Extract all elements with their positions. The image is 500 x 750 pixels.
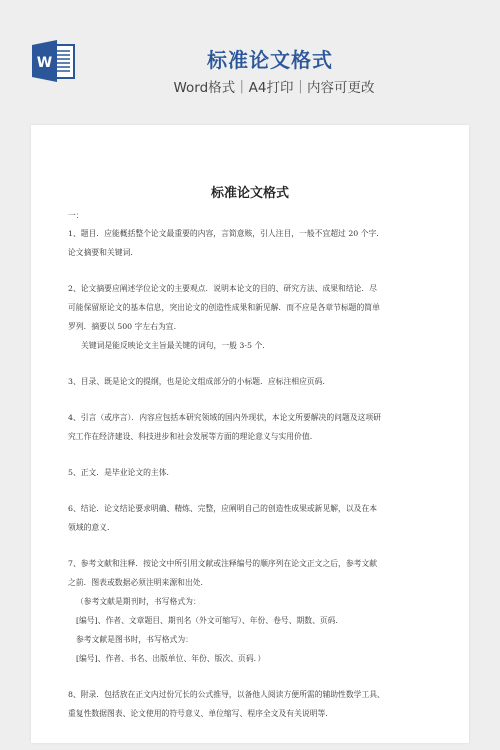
document-title: 标准论文格式 <box>31 182 469 201</box>
paragraph-7-line-5: 参考文献是图书时，书写格式为： <box>68 630 438 649</box>
paragraph-5-line-1: 5、正文．是毕业论文的主体． <box>68 463 438 482</box>
paragraph-8-line-1: 8、附录．包括放在正文内过份冗长的公式推导，以备他人阅读方便所需的辅助性数学工具… <box>68 685 438 704</box>
document-body: 一： 1、题目．应能概括整个论文最重要的内容，言简意赅，引人注目，一般不宜超过 … <box>68 207 438 723</box>
section-marker: 一： <box>68 207 438 224</box>
paragraph-4-line-1: 4、引言（或序言）．内容应包括本研究领域的国内外现状，本论文所要解决的问题及这项… <box>68 408 438 427</box>
page-title: 标准论文格式 <box>0 44 500 73</box>
paragraph-1-line-1: 1、题目．应能概括整个论文最重要的内容，言简意赅，引人注目，一般不宜超过 20 … <box>68 224 438 243</box>
paragraph-7-line-1: 7、参考文献和注释．按论文中所引用文献或注释编号的顺序列在论文正文之后，参考文献 <box>68 554 438 573</box>
header: W 标准论文格式 Word格式｜A4打印｜内容可更改 <box>0 0 500 120</box>
page-subtitle: Word格式｜A4打印｜内容可更改 <box>0 76 500 96</box>
paragraph-2-line-1: 2、论文摘要应阐述学位论文的主要观点．说明本论文的目的、研究方法、成果和结论．尽 <box>68 279 438 298</box>
paragraph-6-line-1: 6、结论．论文结论要求明确、精炼、完整，应阐明自己的创造性成果或新见解，以及在本 <box>68 499 438 518</box>
paragraph-2-line-2: 可能保留原论文的基本信息，突出论文的创造性成果和新见解．而不应是各章节标题的简单 <box>68 298 438 317</box>
paragraph-3-line-1: 3、目录、既是论文的提纲，也是论文组成部分的小标题．应标注相应页码． <box>68 372 438 391</box>
document-page: 标准论文格式 一： 1、题目．应能概括整个论文最重要的内容，言简意赅，引人注目，… <box>31 125 469 743</box>
paragraph-4-line-2: 究工作在经济建设、科技进步和社会发展等方面的理论意义与实用价值． <box>68 427 438 446</box>
paragraph-6-line-2: 领域的意义． <box>68 518 438 537</box>
paragraph-1-line-2: 论文摘要和关键词． <box>68 243 438 262</box>
paragraph-7-line-2: 之前．图表或数据必须注明来源和出处． <box>68 573 438 592</box>
paragraph-7-line-4: [编号]、作者、文章题目、期刊名（外文可缩写）、年份、卷号、期数、页码． <box>68 611 438 630</box>
paragraph-7-line-3: （参考文献是期刊时，书写格式为： <box>68 592 438 611</box>
paragraph-2-line-3: 罗列．摘要以 500 字左右为宜． <box>68 317 438 336</box>
paragraph-8-line-2: 重复性数据图表、论文使用的符号意义、单位缩写、程序全文及有关说明等． <box>68 704 438 723</box>
paragraph-2-line-4: 关键词是能反映论文主旨最关键的词句，一般 3-5 个． <box>68 336 438 355</box>
paragraph-7-line-6: [编号]、作者、书名、出版单位、年份、版次、页码．） <box>68 649 438 668</box>
